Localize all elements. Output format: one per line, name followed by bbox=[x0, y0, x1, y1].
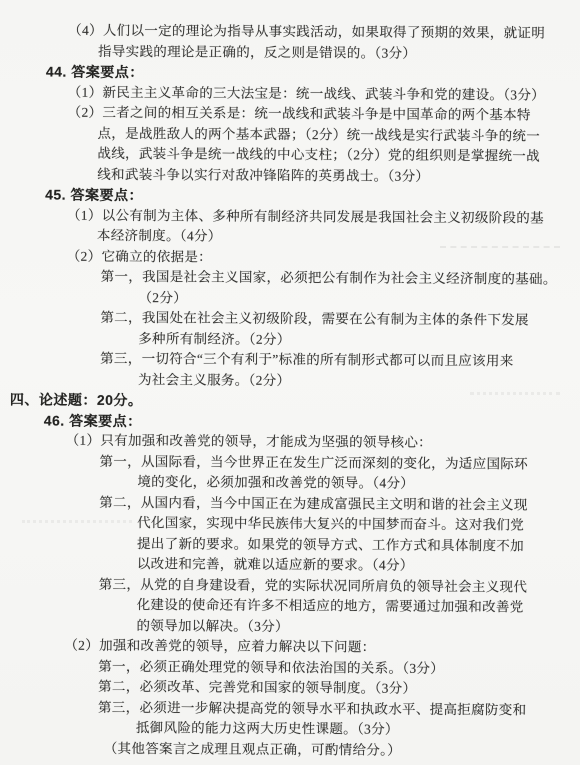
text-line-15: 第二，我国处在社会主义初级阶段，需要在公有制为主体的条件下发展 bbox=[100, 308, 529, 331]
text-line-30: 的领导加以解决。（3分） bbox=[136, 616, 288, 637]
text-line-5: （2）三者之间的相互关系是：统一战线和武装斗争是中国革命的两个基本特 bbox=[68, 103, 531, 126]
text-line-7: 战线，武装斗争是统一战线的中心支柱；（2分）党的组织则是掌握统一战 bbox=[97, 144, 540, 167]
text-line-17: 第三，一切符合“三个有利于”标准的所有制形式都可以而且应该用来 bbox=[100, 349, 514, 372]
text-line-16: 多种所有制经济。（2分） bbox=[138, 329, 290, 350]
text-line-24: 第二，从国内看，当今中国正在为建成富强民主文明和谐的社会主义现 bbox=[99, 492, 528, 515]
text-line-27: 以改进和完善，就难以适应新的要求。（4分） bbox=[137, 554, 414, 576]
document-content: （4）人们以一定的理论为指导从事实践活动，如果取得了预期的效果，就证明指导实践的… bbox=[0, 0, 580, 765]
text-line-36: （其他答案言之成理且观点正确，可酌情给分。） bbox=[104, 738, 401, 760]
text-line-1: （4）人们以一定的理论为指导从事实践活动，如果取得了预期的效果，就证明 bbox=[68, 21, 545, 44]
text-line-22: 第一，从国际看，当今世界正在发生广泛而深刻的变化，为适应国际环 bbox=[99, 451, 528, 474]
text-line-11: 本经济制度。（4分） bbox=[97, 226, 222, 247]
text-line-31: （2）加强和改善党的领导，应着力解决以下问题： bbox=[64, 636, 375, 658]
scanned-document-page: （4）人们以一定的理论为指导从事实践活动，如果取得了预期的效果，就证明指导实践的… bbox=[0, 0, 580, 765]
text-line-29: 化建设的使命还有许多不相适应的地方，需要通过加强和改善党 bbox=[137, 595, 524, 617]
text-line-19: 四、论述题：20分。 bbox=[10, 389, 143, 410]
text-line-21: （1）只有加强和改善党的领导，才能成为坚强的领导核心： bbox=[66, 431, 433, 453]
text-line-14: （2分） bbox=[138, 288, 187, 308]
text-line-10: （1）以公有制为主体、多种所有制经济共同发展是我国社会主义初级阶段的基 bbox=[67, 205, 544, 228]
text-line-33: 第二，必须改革、完善党和国家的领导制度。（3分） bbox=[98, 677, 416, 699]
text-line-25: 代化国家，实现中华民族伟大复兴的中国梦而奋斗。这对我们党 bbox=[137, 513, 524, 535]
text-line-26: 提出了新的要求。如果党的领导方式、工作方式和具体制度不加 bbox=[137, 534, 524, 556]
text-line-18: 为社会主义服务。（2分） bbox=[138, 370, 290, 391]
text-line-8: 线和武装斗争以实行对敌冲锋陷阵的英勇战士。（3分） bbox=[97, 164, 429, 186]
text-line-23: 境的变化，必须加强和改善党的领导。（4分） bbox=[137, 472, 414, 494]
text-line-20: 46. 答案要点： bbox=[44, 410, 142, 431]
text-line-28: 第三，从党的自身建设看，党的实际状况同所肩负的领导社会主义现代 bbox=[99, 574, 528, 597]
text-line-34: 第三，必须进一步解决提高党的领导水平和执政水平、提高拒腐防变和 bbox=[98, 697, 527, 720]
text-line-9: 45. 答案要点： bbox=[45, 185, 143, 206]
text-line-32: 第一，必须正确处理党的领导和依法治国的关系。（3分） bbox=[98, 656, 444, 678]
text-line-2: 指导实践的理论是正确的，反之则是错误的。（3分） bbox=[98, 41, 416, 63]
text-line-13: 第一，我国是社会主义国家，必须把公有制作为社会主义经济制度的基础。 bbox=[101, 267, 557, 290]
text-line-35: 抵御风险的能力这两大历史性课题。（3分） bbox=[136, 718, 399, 740]
text-line-3: 44. 答案要点： bbox=[46, 62, 144, 83]
text-line-6: 点，是战胜敌人的两个基本武器；（2分）统一战线是实行武装斗争的统一 bbox=[97, 123, 540, 146]
text-line-12: （2）它确立的依据是： bbox=[67, 246, 212, 267]
text-line-4: （1）新民主主义革命的三大法宝是：统一战线、武装斗争和党的建设。（3分） bbox=[68, 82, 545, 105]
